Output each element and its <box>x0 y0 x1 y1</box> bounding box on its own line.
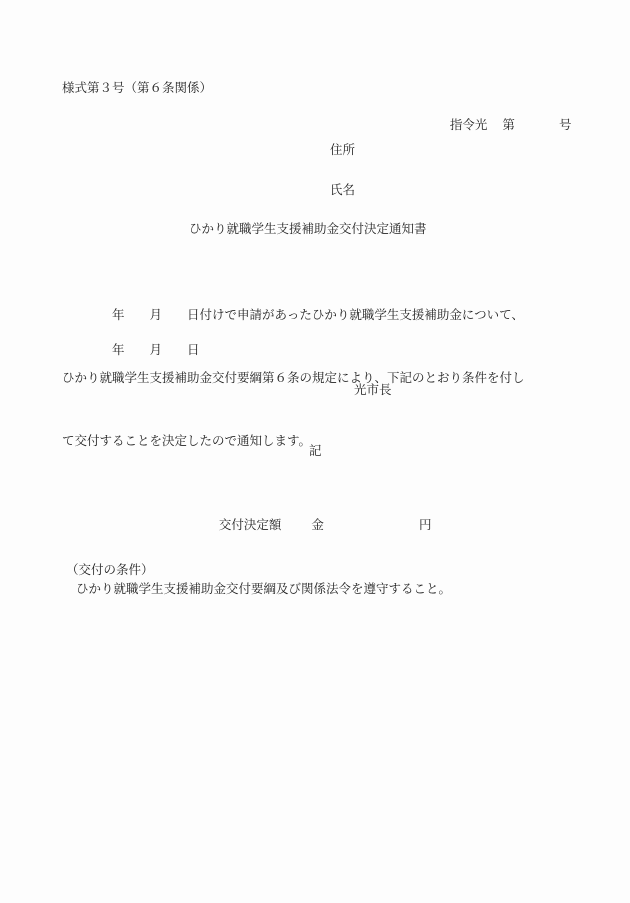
form-number: 様式第３号（第６条関係） <box>62 80 212 96</box>
document-number: 指令光第号 <box>434 101 571 149</box>
document-number-dai: 第 <box>502 117 515 133</box>
body-paragraph: 年 月 日付けで申請があったひかり就職学生支援補助金について、 ひかり就職学生支… <box>62 262 582 493</box>
ki-heading: 記 <box>309 443 322 459</box>
document-number-prefix: 指令光 <box>450 117 488 133</box>
amount-kin: 金 <box>311 517 324 532</box>
conditions-heading: （交付の条件） <box>66 562 154 578</box>
body-line: て交付することを決定したので通知します。 <box>62 430 582 451</box>
address-label: 住所 <box>330 142 355 158</box>
conditions-text: ひかり就職学生支援補助金交付要綱及び関係法令を遵守すること。 <box>76 581 451 597</box>
name-label: 氏名 <box>330 182 355 198</box>
document-number-go: 号 <box>559 117 572 133</box>
body-line: 年 月 日付けで申請があったひかり就職学生支援補助金について、 <box>62 304 582 325</box>
amount-yen: 円 <box>419 517 432 532</box>
date-line: 年 月 日 <box>62 342 200 358</box>
issuer: 光市長 <box>354 382 392 398</box>
amount-label: 交付決定額 <box>219 517 282 532</box>
body-line: ひかり就職学生支援補助金交付要綱第６条の規定により、下記のとおり条件を付し <box>62 367 582 388</box>
grant-amount: 交付決定額金円 <box>203 501 431 549</box>
document-title: ひかり就職学生支援補助金交付決定通知書 <box>189 221 427 237</box>
